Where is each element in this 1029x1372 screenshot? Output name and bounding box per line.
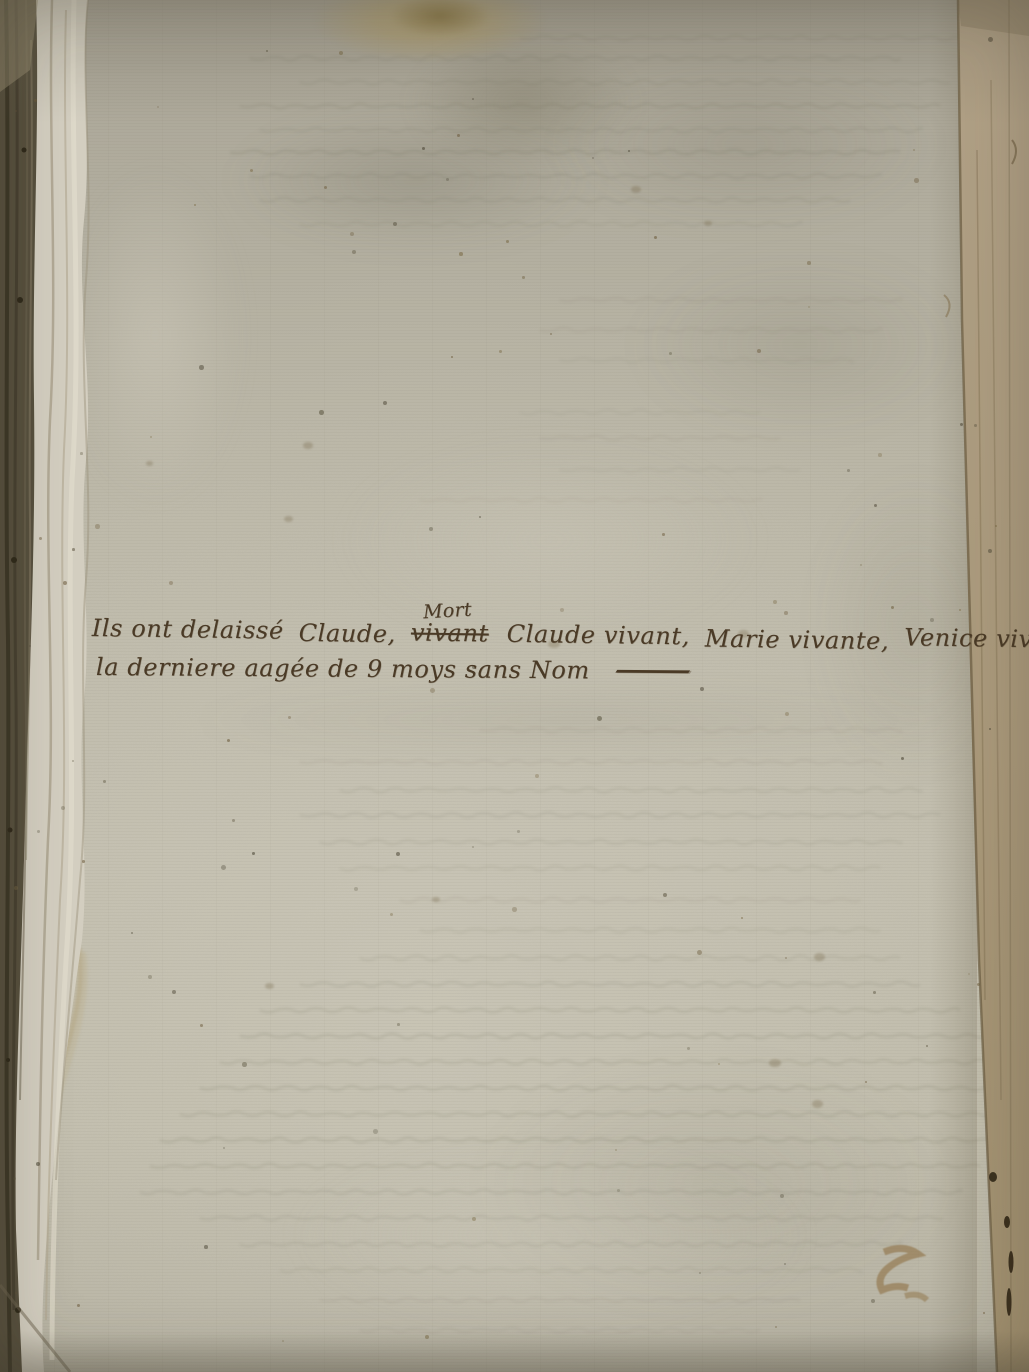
hw-marie-vivante: Marie vivante,: [705, 625, 890, 656]
hw-line2-text: la derniere aagée de 9 moys sans Nom: [96, 653, 590, 684]
hw-interlinear-insert: Mort: [423, 599, 473, 624]
page-surface: [0, 0, 1029, 1372]
hw-flourish-dash: —: [612, 655, 696, 685]
hw-claude-vivant: Claude vivant,: [507, 620, 691, 651]
hw-name-claude: Claude,: [299, 619, 397, 648]
hw-struck-wrap: vivant Mort: [411, 618, 489, 647]
right-curvature-shadow: [929, 0, 977, 1372]
hw-opening: Ils ont delaissé: [92, 614, 284, 645]
hw-struck-word: vivant: [411, 618, 489, 647]
hw-venice-vivante: Venice vivante: [904, 623, 1029, 654]
handwriting-line-2: la derniere aagée de 9 moys sans Nom —: [96, 652, 637, 685]
manuscript-photo: Ils ont delaissé Claude, vivant Mort Cla…: [0, 0, 1029, 1372]
stain-smudge: [408, 38, 638, 168]
